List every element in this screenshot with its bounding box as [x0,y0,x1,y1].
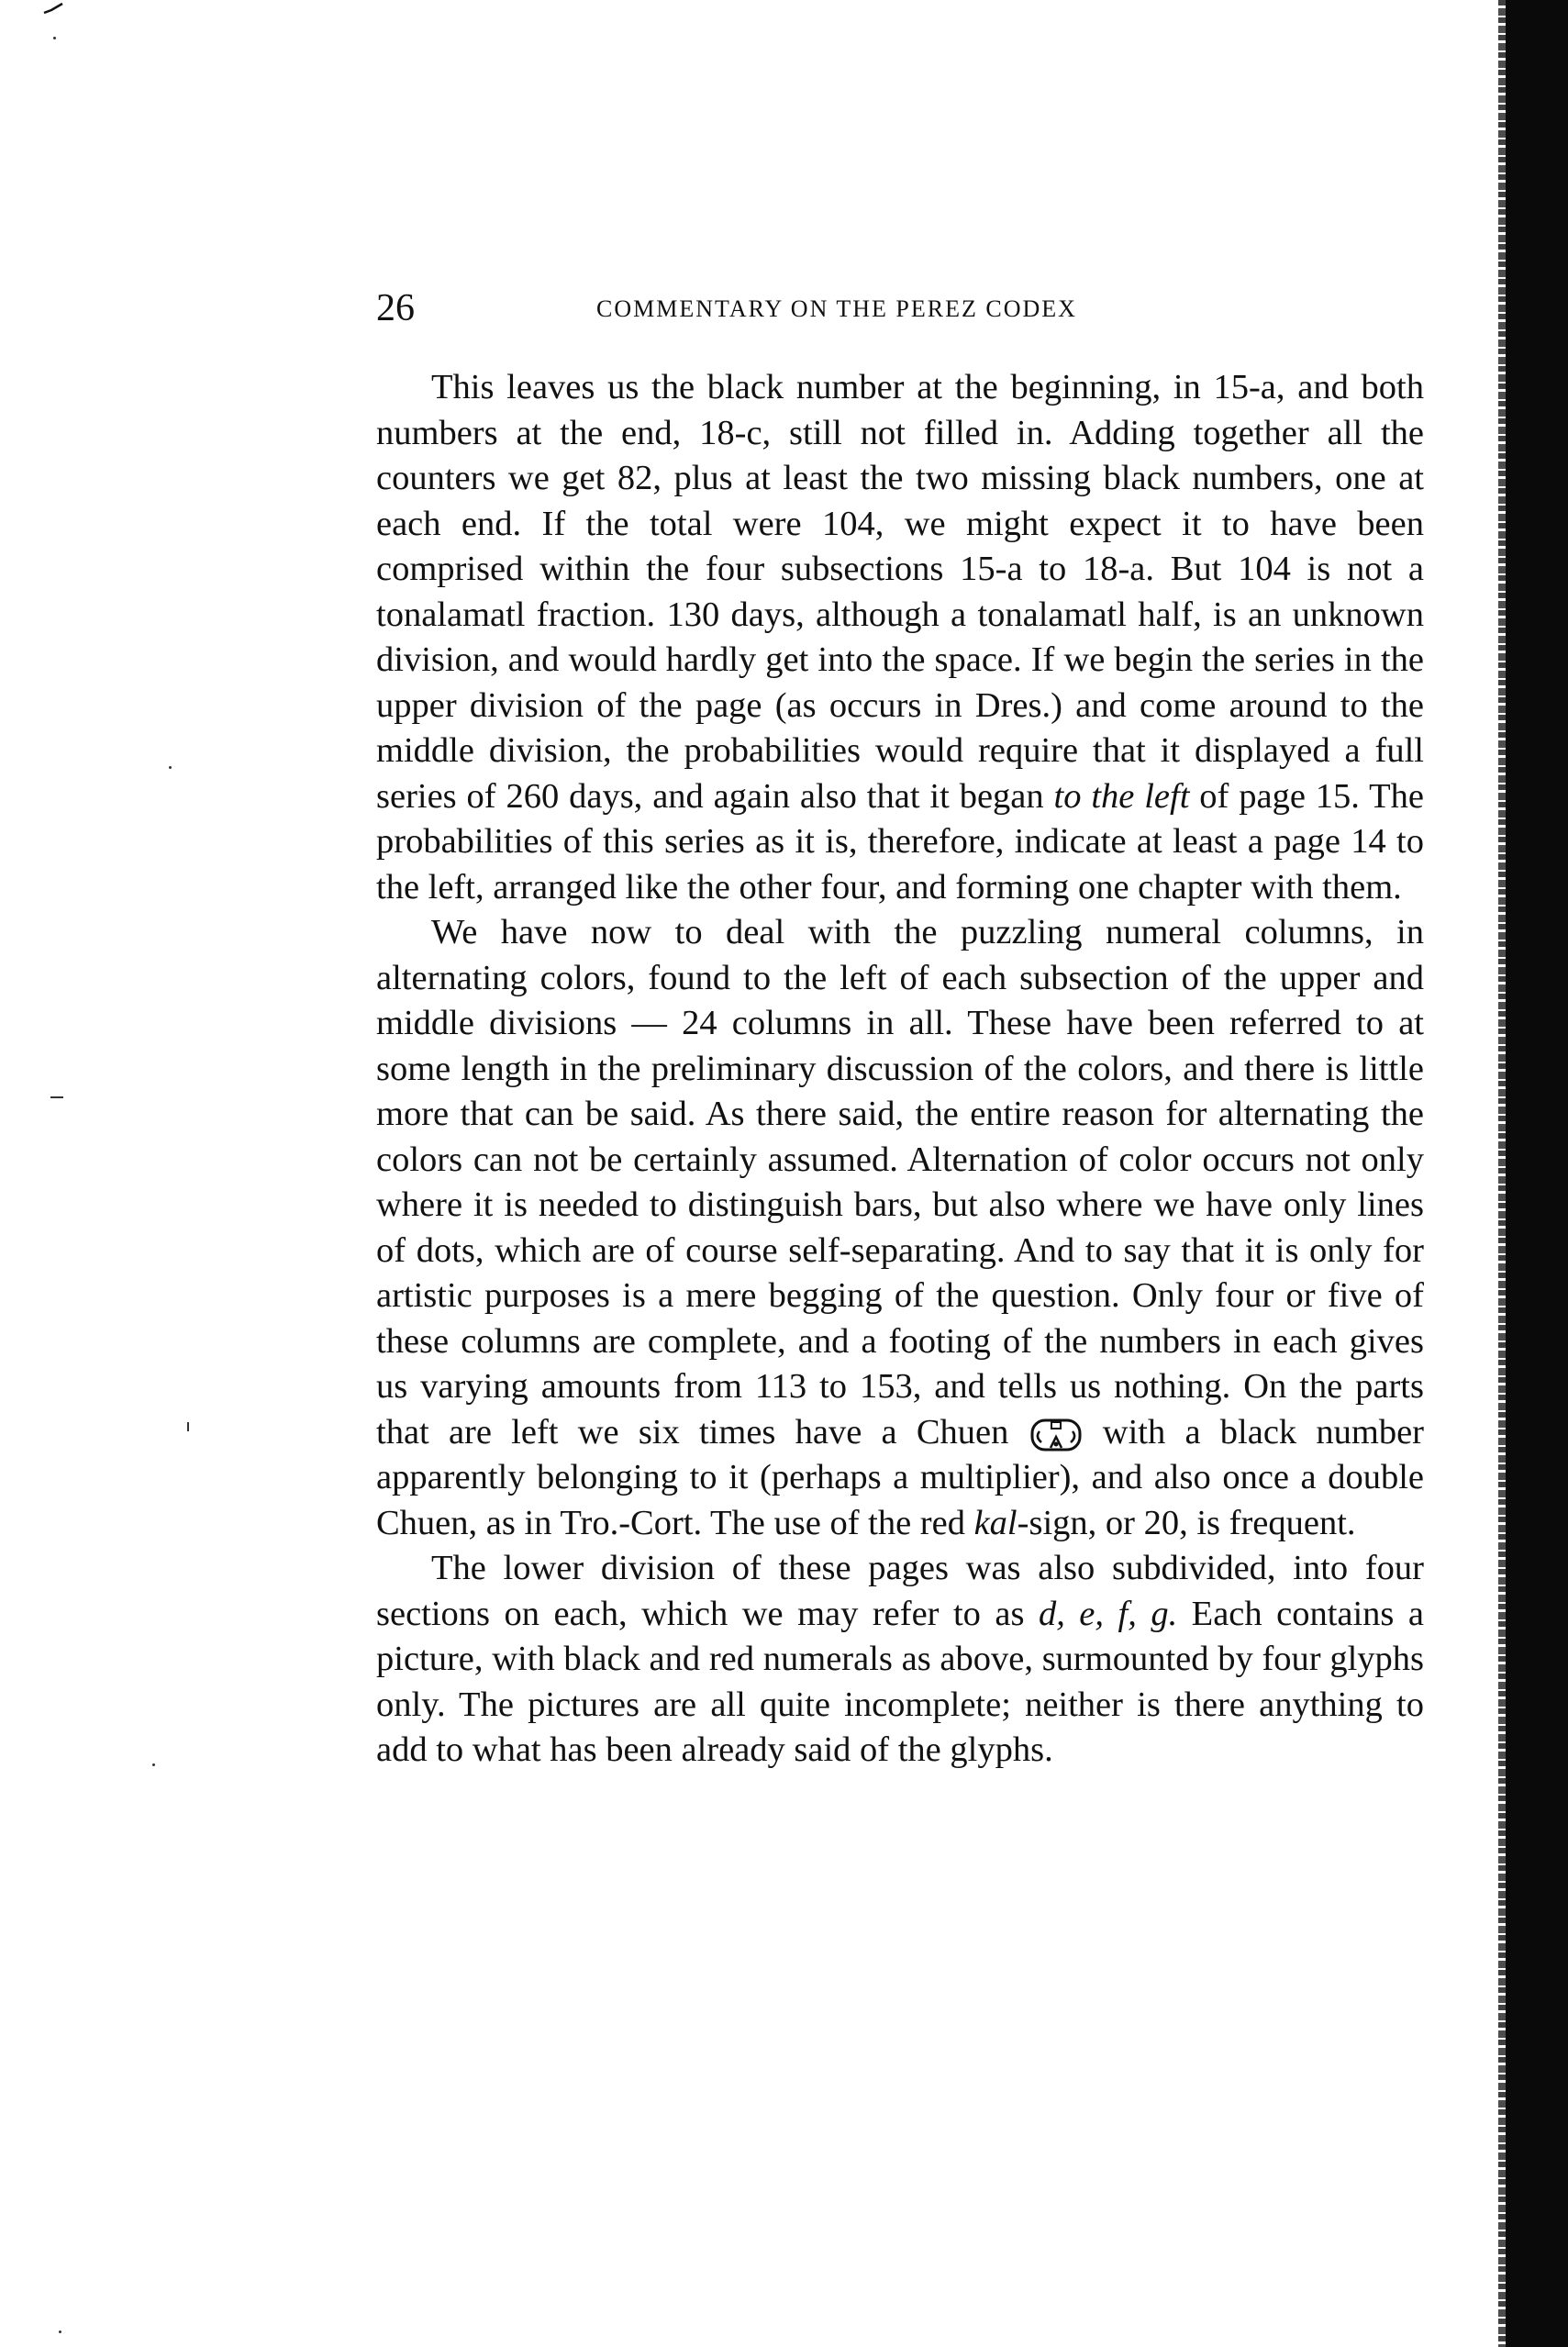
speck [169,766,172,769]
italic-text: kal [974,1504,1018,1542]
chuen-glyph-icon [1029,1417,1084,1453]
paragraph: We have now to deal with the puzzling nu… [376,910,1424,1546]
text-run: This leaves us the black number at the b… [376,368,1424,816]
running-title: COMMENTARY ON THE PEREZ CODEX [596,295,1077,323]
paragraph: This leaves us the black number at the b… [376,365,1424,910]
speck [152,1763,155,1766]
speck [59,2330,61,2333]
body-text: This leaves us the black number at the b… [376,365,1424,1774]
scanned-book-page: 26 COMMENTARY ON THE PEREZ CODEX This le… [0,0,1568,2347]
italic-text: d, e, f, g. [1039,1595,1177,1633]
page-number: 26 [376,286,415,330]
italic-text: to the left [1054,777,1190,816]
speck [50,1096,63,1098]
page-header: 26 COMMENTARY ON THE PEREZ CODEX [376,286,1431,332]
text-run: -sign, or 20, is frequent. [1018,1504,1356,1542]
text-run: We have now to deal with the puzzling nu… [376,913,1424,1452]
pen-mark [42,2,64,15]
scan-binding-edge [1506,0,1568,2347]
speck [187,1422,189,1431]
speck [53,37,56,39]
paragraph: The lower division of these pages was al… [376,1546,1424,1774]
